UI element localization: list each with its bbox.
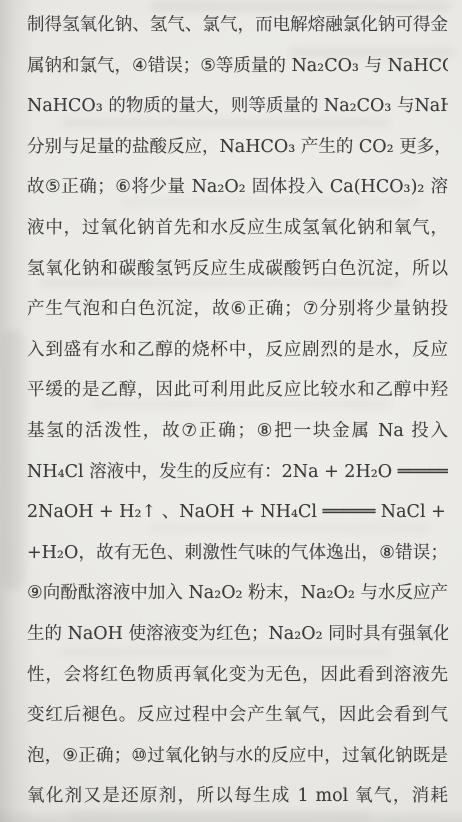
text-line: 分别与足量的盐酸反应，NaHCO₃ 产生的 CO₂ 更多， [27,127,448,168]
text-line: 生的 NaOH 使溶液变为红色；Na₂O₂ 同时具有强氧化 [27,614,448,655]
text-line: 2NaOH + H₂↑ 、NaOH + NH₄Cl ═════ NaCl + N… [27,492,448,533]
text-line: +H₂O，故有无色、刺激性气味的气体逸出，⑧错误； [27,533,448,574]
text-line: 故⑤正确；⑥将少量 Na₂O₂ 固体投入 Ca(HCO₃)₂ 溶 [27,167,448,208]
text-line: 泡，⑨正确；⑩过氧化钠与水的反应中，过氧化钠既是 [27,736,448,777]
text-line: 产生气泡和白色沉淀，故⑥正确；⑦分别将少量钠投 [27,289,448,330]
text-line: 平缓的是乙醇，因此可利用此反应比较水和乙醇中羟 [27,370,448,411]
text-line: 制得氢氧化钠、氢气、氯气，而电解熔融氯化钠可得金 [27,5,448,46]
text-line: 氢氧化钠和碳酸氢钙反应生成碳酸钙白色沉淀，所以 [27,249,448,290]
text-line: 性，会将红色物质再氧化变为无色，因此看到溶液先 [27,655,448,696]
bleedthrough-artifact [2,330,24,590]
text-line: 属钠和氯气，④错误；⑤等质量的 Na₂CO₃ 与 NaHCO₃， [27,46,448,87]
text-line: 液中，过氧化钠首先和水反应生成氢氧化钠和氧气， [27,208,448,249]
answer-text-block: 制得氢氧化钠、氢气、氯气，而电解熔融氯化钠可得金 属钠和氯气，④错误；⑤等质量的… [27,5,448,817]
text-line: 氧化剂又是还原剂，所以每生成 1 mol 氧气，消耗 [27,776,448,817]
text-line: 入到盛有水和乙醇的烧杯中，反应剧烈的是水，反应 [27,330,448,371]
text-line: 基氢的活泼性，故⑦正确；⑧把一块金属 Na 投入 [27,411,448,452]
text-line: ⑨向酚酞溶液中加入 Na₂O₂ 粉末，Na₂O₂ 与水反应产 [27,573,448,614]
scanned-page: 制得氢氧化钠、氢气、氯气，而电解熔融氯化钠可得金 属钠和氯气，④错误；⑤等质量的… [0,0,462,822]
text-line: NH₄Cl 溶液中，发生的反应有：2Na + 2H₂O ═════ [27,452,448,493]
text-line: 变红后褪色。反应过程中会产生氧气，因此会看到气 [27,695,448,736]
text-line: NaHCO₃ 的物质的量大，则等质量的 Na₂CO₃ 与NaHCO₃ [27,86,448,127]
